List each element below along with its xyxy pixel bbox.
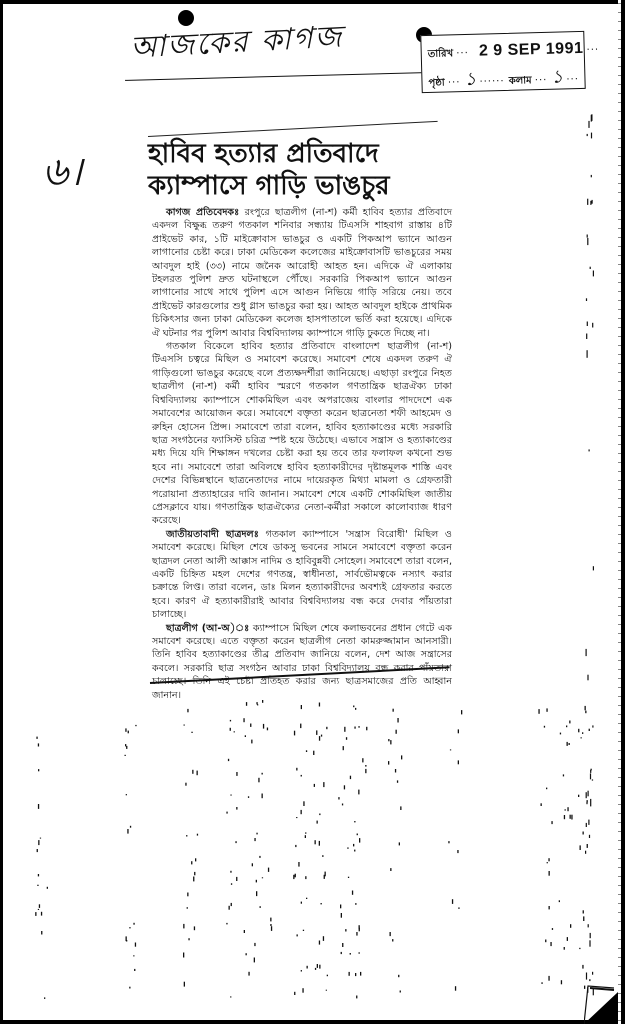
article-paragraph: জাতীয়তাবাদী ছাত্রদলঃ গতকাল ক্যাম্পাসে '… [152, 528, 452, 622]
stamp-column-value: ১ [551, 66, 563, 87]
stamp-page-row: পৃষ্ঠা ··· ১ ······ কলাম ··· ১ ··· [428, 62, 579, 97]
headline-line-1: হাবিব হত্যার প্রতিবাদে [148, 138, 448, 170]
folded-corner [584, 982, 618, 1024]
article-paragraph: কাগজ প্রতিবেদকঃ রংপুরে ছাত্রলীগ (না-শ) ক… [152, 206, 452, 340]
headline-line-2: ক্যাম্পাসে গাড়ি ভাঙচুর [148, 170, 448, 202]
headline: হাবিব হত্যার প্রতিবাদে ক্যাম্পাসে গাড়ি … [148, 138, 448, 202]
article-paragraph: ছাত্রলীগ (আ-অ)ঃ ক্যাম্পাসে মিছিল শেষে কল… [152, 622, 452, 702]
stamp-date-value: 2 9 SEP 1991 [479, 40, 584, 60]
date-stamp: তারিখ ··· 2 9 SEP 1991 ··· পৃষ্ঠা ··· ১ … [420, 31, 585, 93]
article-paragraph: গতকাল বিকেলে হাবিব হত্যার প্রতিবাদে বাংল… [152, 340, 452, 528]
stamp-date-row: তারিখ ··· 2 9 SEP 1991 ··· [428, 39, 600, 63]
stamp-page-value: ১ [464, 69, 476, 90]
stamp-page-label: পৃষ্ঠা [428, 78, 444, 89]
news-clipping: হাবিব হত্যার প্রতিবাদে ক্যাম্পাসে গাড়ি … [148, 128, 460, 688]
article-body: কাগজ প্রতিবেদকঃ রংপুরে ছাত্রলীগ (না-শ) ক… [152, 206, 452, 702]
stamp-column-label: কলাম [509, 75, 532, 87]
scan-right-border [618, 0, 625, 1024]
handwritten-clip-number: ৬। [42, 140, 82, 207]
stamp-date-label: তারিখ [428, 48, 454, 60]
